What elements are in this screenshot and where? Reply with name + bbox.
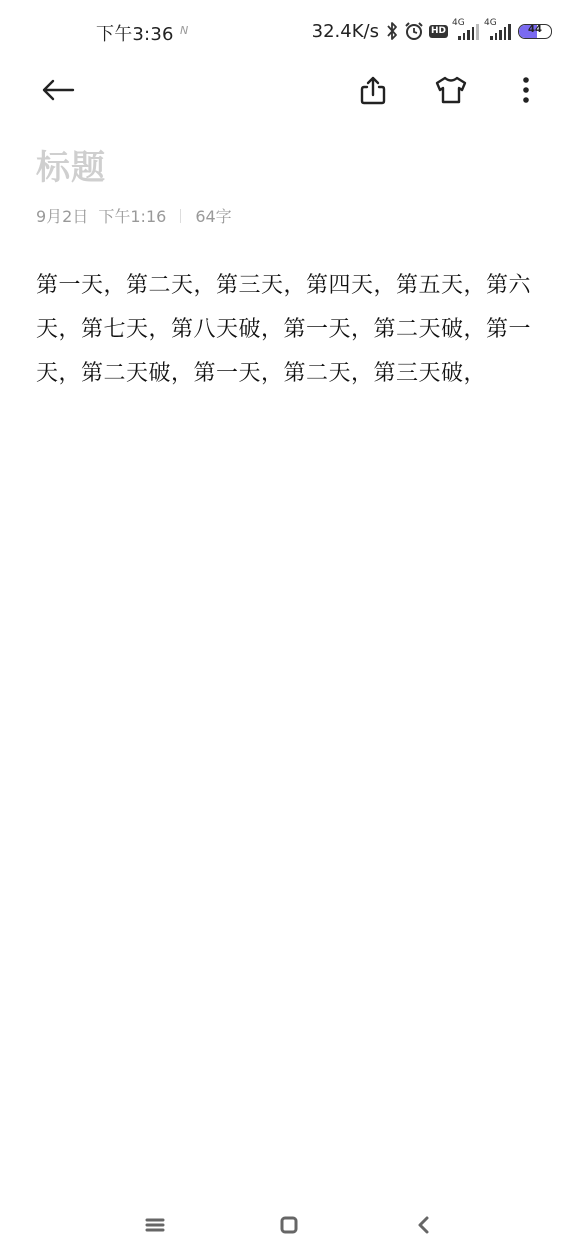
note-meta: 9月2日 下午1:16 64字: [36, 204, 232, 227]
system-nav-bar: [0, 1197, 580, 1257]
status-icons: 32.4K/s HD 4G 4G 44: [312, 18, 552, 44]
back-icon: [416, 1215, 430, 1235]
status-time: 下午3:36: [96, 20, 174, 46]
more-vertical-icon: [521, 75, 531, 105]
menu-icon: [145, 1217, 165, 1233]
tshirt-icon: [434, 75, 468, 105]
alarm-icon: [403, 20, 425, 42]
system-back-button[interactable]: [403, 1205, 443, 1245]
note-body-editor[interactable]: 第一天，第二天，第三天，第四天，第五天，第六天，第七天，第八天破，第一天，第二天…: [36, 264, 536, 396]
note-time: 下午1:16: [98, 204, 166, 227]
nfc-icon: N: [180, 24, 188, 37]
bluetooth-icon: [385, 20, 399, 42]
network-speed: 32.4K/s: [312, 21, 379, 42]
home-button[interactable]: [269, 1205, 309, 1245]
note-title-input[interactable]: 标题: [36, 140, 106, 189]
note-date: 9月2日: [36, 204, 88, 227]
home-icon: [279, 1215, 299, 1235]
signal-4g-2-icon: 4G: [484, 20, 512, 42]
recent-apps-button[interactable]: [135, 1205, 175, 1245]
battery-level: 44: [519, 24, 551, 35]
hd-icon: HD: [429, 25, 448, 38]
battery-icon: 44: [518, 24, 552, 39]
share-button[interactable]: [353, 70, 393, 110]
note-toolbar: [0, 62, 580, 118]
more-options-button[interactable]: [506, 70, 546, 110]
status-bar: 下午3:36 N 32.4K/s HD 4G 4G 44: [0, 0, 580, 62]
word-count: 64字: [195, 204, 231, 227]
theme-button[interactable]: [431, 70, 471, 110]
signal-4g-1-icon: 4G: [452, 20, 480, 42]
meta-divider: [180, 209, 181, 223]
share-upload-icon: [359, 75, 387, 105]
back-button[interactable]: [38, 70, 78, 110]
arrow-left-icon: [41, 78, 75, 102]
